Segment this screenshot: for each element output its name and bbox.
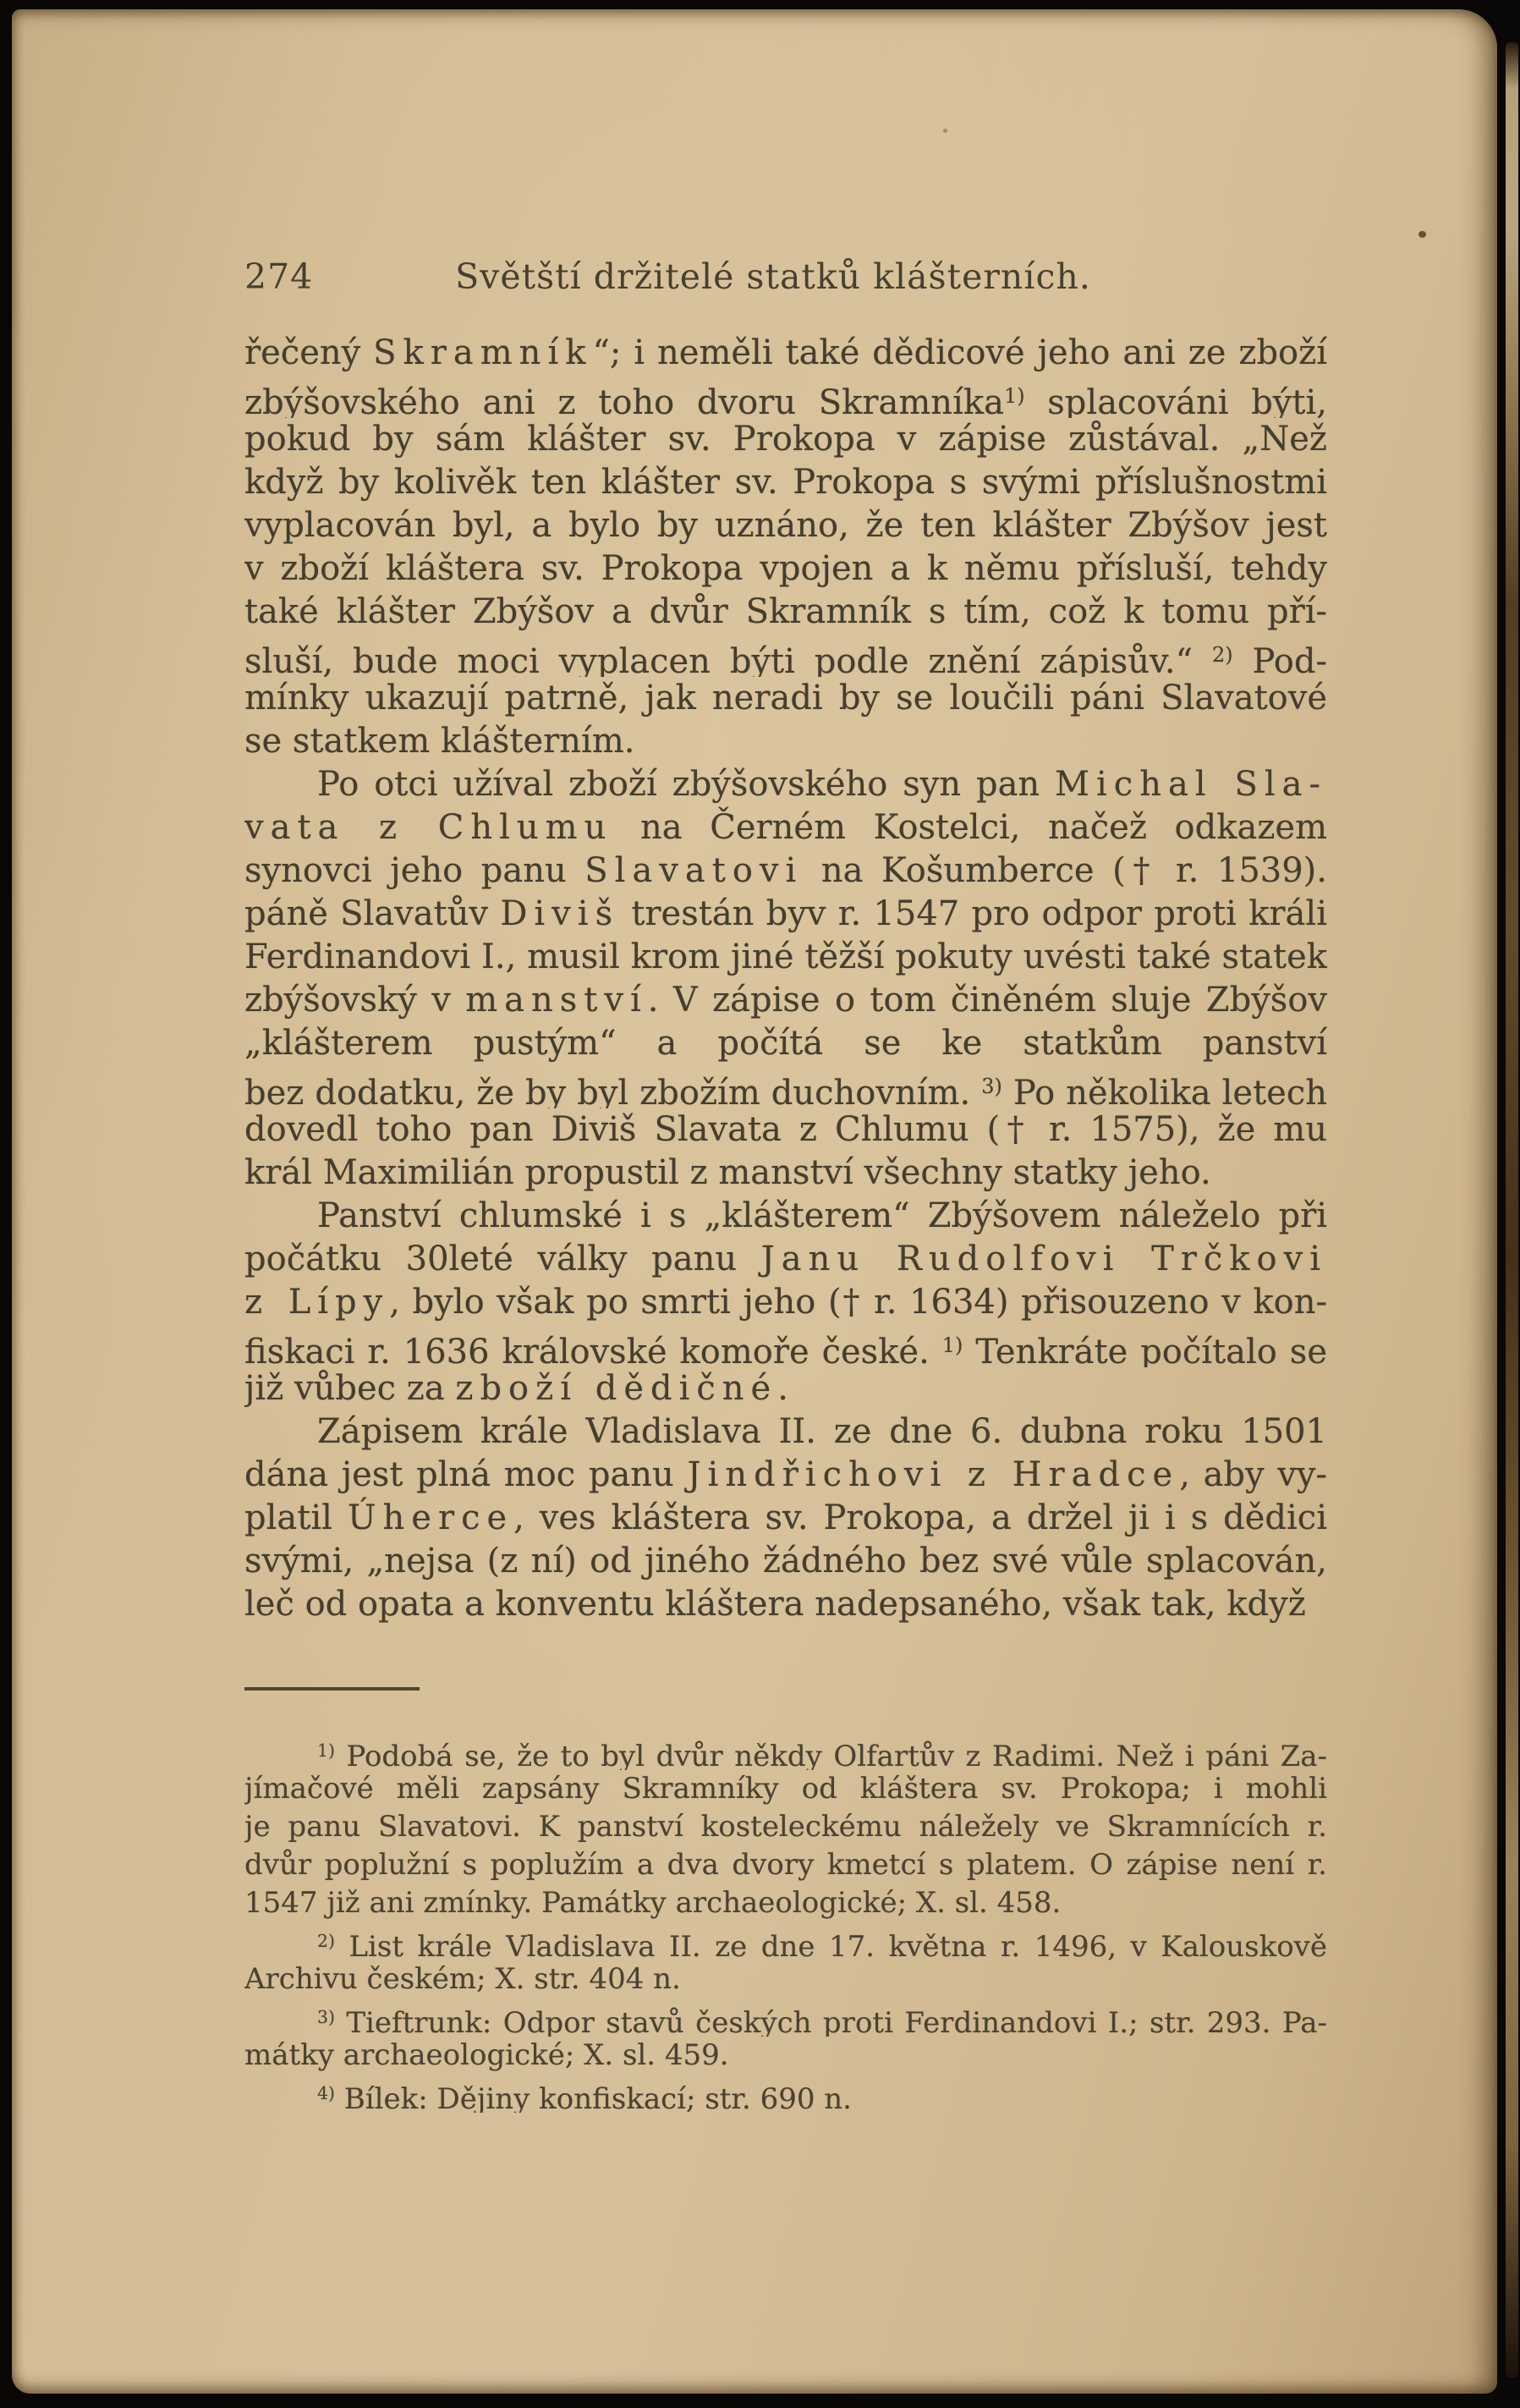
body-text-line: řečený Skramník“; i neměli také dědicové… <box>244 332 1327 375</box>
footnote-line: 1547 již ani zmínky. Památky archaeologi… <box>244 1884 1327 1922</box>
footnote-line: 4) Bílek: Dějiny konfiskací; str. 690 n. <box>244 2075 1327 2113</box>
body-text-line: když by kolivěk ten klášter sv. Prokopa … <box>244 461 1327 504</box>
body-text-line: Zápisem krále Vladislava II. ze dne 6. d… <box>244 1410 1327 1454</box>
footnote-line: 1) Podobá se, že to byl dvůr někdy Olfar… <box>244 1732 1327 1770</box>
body-text-line: fiskaci r. 1636 královské komoře české. … <box>244 1324 1327 1367</box>
body-text-line: leč od opata a konventu kláštera nadepsa… <box>244 1583 1327 1626</box>
page-number: 274 <box>244 256 313 297</box>
paper-speck <box>1418 231 1426 238</box>
footnote-line: Archivu českém; X. str. 404 n. <box>244 1960 1327 1998</box>
body-text-line: páně Slavatův Diviš trestán byv r. 1547 … <box>244 893 1327 936</box>
body-text-line: v zboží kláštera sv. Prokopa vpojen a k … <box>244 547 1327 591</box>
body-text-line: dána jest plná moc panu Jindřichovi z Hr… <box>244 1454 1327 1497</box>
body-text-line: mínky ukazují patrně, jak neradi by se l… <box>244 677 1327 720</box>
body-text-line: svými, „nejsa (z ní) od jiného žádného b… <box>244 1540 1327 1583</box>
body-text-line: dovedl toho pan Diviš Slavata z Chlumu (… <box>244 1108 1327 1152</box>
body-text-line: synovci jeho panu Slavatovi na Košumberc… <box>244 849 1327 893</box>
next-page-edge <box>1506 42 1518 2378</box>
running-title: Světští držitelé statků klášterních. <box>455 256 1091 297</box>
body-text-line: vata z Chlumu na Černém Kostelci, načež … <box>244 806 1327 849</box>
body-text-line: Panství chlumské i s „klášterem“ Zbýšove… <box>244 1195 1327 1238</box>
body-text-line: počátku 30leté války panu Janu Rudolfovi… <box>244 1238 1327 1281</box>
footnote-line: jímačové měli zapsány Skramníky od klášt… <box>244 1770 1327 1808</box>
body-text-line: také klášter Zbýšov a dvůr Skramník s tí… <box>244 591 1327 634</box>
body-text-line: zbýšovský v manství. V zápise o tom čině… <box>244 979 1327 1022</box>
body-text-line: zbýšovského ani z toho dvoru Skramníka1)… <box>244 375 1327 418</box>
scanned-book-page: 274 Světští držitelé statků klášterních.… <box>0 0 1520 2408</box>
body-text-line: bez dodatku, že by byl zbožím duchovním.… <box>244 1065 1327 1108</box>
footnote-line: dvůr poplužní s poplužím a dva dvory kme… <box>244 1846 1327 1884</box>
page-paper: 274 Světští držitelé statků klášterních.… <box>12 9 1497 2394</box>
body-text-line: již vůbec za zboží dědičné. <box>244 1367 1327 1410</box>
body-text-line: „klášterem pustým“ a počítá se ke statků… <box>244 1022 1327 1065</box>
footnote-line: je panu Slavatovi. K panství kosteleckém… <box>244 1808 1327 1846</box>
footnote-separator-rule <box>244 1687 420 1691</box>
body-text-line: vyplacován byl, a bylo by uznáno, že ten… <box>244 504 1327 547</box>
footnote-line: mátky archaeologické; X. sl. 459. <box>244 2037 1327 2075</box>
body-text-line: z Lípy, bylo však po smrti jeho († r. 16… <box>244 1281 1327 1324</box>
footnote-line: 3) Tieftrunk: Odpor stavů českých proti … <box>244 1998 1327 2037</box>
body-text: řečený Skramník“; i neměli také dědicové… <box>244 332 1327 1626</box>
body-text-line: platil Úherce, ves kláštera sv. Prokopa,… <box>244 1497 1327 1540</box>
body-text-line: Po otci užíval zboží zbýšovského syn pan… <box>244 763 1327 806</box>
body-text-line: sluší, bude moci vyplacen býti podle zně… <box>244 634 1327 677</box>
footnotes: 1) Podobá se, že to byl dvůr někdy Olfar… <box>244 1732 1327 2113</box>
body-text-line: se statkem klášterním. <box>244 720 1327 763</box>
body-text-line: král Maximilián propustil z manství všec… <box>244 1152 1327 1195</box>
body-text-line: pokud by sám klášter sv. Prokopa v zápis… <box>244 418 1327 461</box>
body-text-line: Ferdinandovi I., musil krom jiné těžší p… <box>244 936 1327 979</box>
footnote-line: 2) List krále Vladislava II. ze dne 17. … <box>244 1922 1327 1960</box>
paper-speck <box>943 129 947 133</box>
page-header: 274 Světští držitelé statků klášterních. <box>244 256 1327 300</box>
